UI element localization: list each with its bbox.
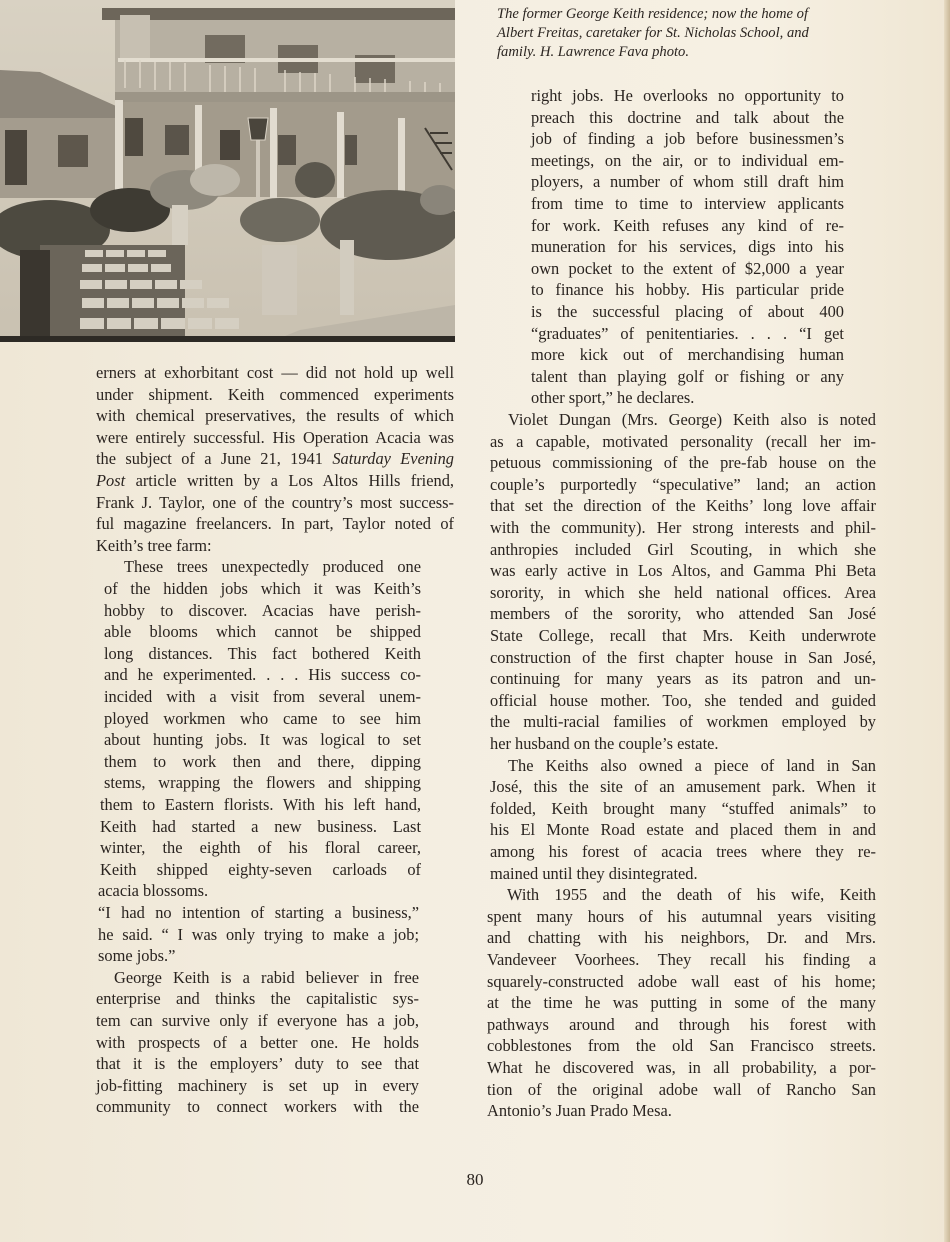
text-line: more kick out of merchandising human (531, 344, 844, 366)
text-line: pathways around and through his forest w… (487, 1014, 876, 1036)
text-line: What he discovered was, in all probabili… (487, 1057, 876, 1079)
text-line: Frank J. Taylor, one of the country’s mo… (96, 492, 454, 514)
text-line: tion of the original adobe wall of Ranch… (487, 1079, 876, 1101)
text-line: long distances. This fact bothered Keith (104, 643, 421, 665)
text-line: “graduates” of penitentiaries. . . . “I … (531, 323, 844, 345)
text-line: construction of the first chapter house … (490, 647, 876, 669)
text-line: that it is the employers’ duty to see th… (96, 1053, 419, 1075)
text-line: with prospects of a better one. He holds (96, 1032, 419, 1054)
text-line: to finance his hobby. His particular pri… (531, 279, 844, 301)
text-line: muneration for his services, digs into h… (531, 236, 844, 258)
text-line: job-fitting machinery is set up in every (96, 1075, 419, 1097)
text-line: about hunting jobs. It was logical to se… (104, 729, 421, 751)
text-line: winter, the eighth of his floral career, (100, 837, 421, 859)
text-line: The Keiths also owned a piece of land in… (508, 755, 876, 777)
text-line: with chemical preservatives, the results… (96, 405, 454, 427)
text-line: other sport,” he declares. (531, 387, 844, 409)
text-run: the subject of a June 21, 1941 (96, 449, 332, 468)
text-line: them to Eastern florists. With his left … (100, 794, 421, 816)
caption-line: family. H. Lawrence Fava photo. (497, 43, 887, 62)
text-line: under shipment. Keith commenced experime… (96, 384, 454, 406)
text-line: anthropies included Girl Scouting, in wh… (490, 539, 876, 561)
text-line: the subject of a June 21, 1941 Saturday … (96, 448, 454, 470)
italic-title: Saturday Evening (332, 449, 454, 468)
house-photo (0, 0, 455, 342)
text-line: job of finding a job before businessmen’… (531, 128, 844, 150)
text-line: ployers, a number of whom still draft hi… (531, 171, 844, 193)
text-line: as a capable, motivated personality (rec… (490, 431, 876, 453)
text-line: With 1955 and the death of his wife, Kei… (507, 884, 876, 906)
text-line: These trees unexpectedly produced one (124, 556, 421, 578)
text-line: and he experimented. . . . His success c… (104, 664, 421, 686)
text-line: is the successful placing of about 400 (531, 301, 844, 323)
text-line: George Keith is a rabid believer in free (114, 967, 419, 989)
text-line: mained until they disintegrated. (490, 863, 876, 885)
text-line: that set the direction of the Keiths’ lo… (490, 495, 876, 517)
text-line: spent many hours of his autumnal years v… (487, 906, 876, 928)
text-line: right jobs. He overlooks no opportunity … (531, 85, 844, 107)
text-line: couple’s purportedly “speculative” land;… (490, 474, 876, 496)
text-line: hobby to discover. Acacias have perish- (104, 600, 421, 622)
text-line: were entirely successful. His Operation … (96, 427, 454, 449)
text-line: he said. “ I was only trying to make a j… (98, 924, 419, 946)
text-line: talent than playing golf or fishing or a… (531, 366, 844, 388)
text-line: cobblestones from the old San Francisco … (487, 1035, 876, 1057)
text-line: official house mother. Too, she tended a… (490, 690, 876, 712)
text-line: the multi-racial families of workmen emp… (490, 711, 876, 733)
text-line: folded, Keith brought many “stuffed anim… (490, 798, 876, 820)
text-line: ployed workmen who came to see him (104, 708, 421, 730)
text-line: Keith had started a new business. Last (100, 816, 421, 838)
text-line: Vandeveer Voorhees. They recall his find… (487, 949, 876, 971)
text-line: his El Monte Road estate and placed them… (490, 819, 876, 841)
photo-illustration (0, 0, 455, 342)
text-run: article written by a Los Altos Hills fri… (125, 471, 454, 490)
text-line: was early active in Los Altos, and Gamma… (490, 560, 876, 582)
text-line: José, this the site of an amusement park… (490, 776, 876, 798)
text-line: preach this doctrine and talk about the (531, 107, 844, 129)
book-spine-edge (944, 0, 950, 1242)
text-line: among his forest of acacia trees where t… (490, 841, 876, 863)
text-line: “I had no intention of starting a busine… (98, 902, 419, 924)
text-line: from time to time to interview applicant… (531, 193, 844, 215)
text-line: ful magazine freelancers. In part, Taylo… (96, 513, 454, 535)
text-line: stems, wrapping the flowers and shipping (104, 772, 421, 794)
text-line: some jobs.” (98, 945, 419, 967)
text-line: with the community). Her strong interest… (490, 517, 876, 539)
text-line: sorority, in which she held national off… (490, 582, 876, 604)
text-line: Post article written by a Los Altos Hill… (96, 470, 454, 492)
text-line: community to connect workers with the (96, 1096, 419, 1118)
text-line: enterprise and thinks the capitalistic s… (96, 988, 419, 1010)
text-line: of the hidden jobs which it was Keith’s (104, 578, 421, 600)
text-line: incided with a visit from several unem- (104, 686, 421, 708)
text-line: Keith shipped eighty-seven carloads of (100, 859, 421, 881)
text-line: squarely-constructed adobe wall east of … (487, 971, 876, 993)
text-line: at the time he was putting in some of th… (487, 992, 876, 1014)
page-number: 80 (460, 1170, 490, 1190)
photo-caption: The former George Keith residence; now t… (497, 5, 887, 62)
text-line: petuous commissioning of the pre-fab hou… (490, 452, 876, 474)
caption-line: Albert Freitas, caretaker for St. Nichol… (497, 24, 887, 43)
text-line: State College, recall that Mrs. Keith un… (490, 625, 876, 647)
text-line: her husband on the couple’s estate. (490, 733, 876, 755)
text-line: Antonio’s Juan Prado Mesa. (487, 1100, 876, 1122)
text-line: own pocket to the extent of $2,000 a yea… (531, 258, 844, 280)
text-line: for work. Keith refuses any kind of re- (531, 215, 844, 237)
text-line: them to work then and there, dipping (104, 751, 421, 773)
text-line: erners at exhorbitant cost — did not hol… (96, 362, 454, 384)
text-line: and chatting with his neighbors, Dr. and… (487, 927, 876, 949)
text-line: members of the sorority, who attended Sa… (490, 603, 876, 625)
text-line: tem can survive only if everyone has a j… (96, 1010, 419, 1032)
text-line: Keith’s tree farm: (96, 535, 454, 557)
text-line: Violet Dungan (Mrs. George) Keith also i… (508, 409, 876, 431)
text-line: acacia blossoms. (98, 880, 419, 902)
italic-title: Post (96, 471, 125, 490)
text-line: meetings, on the air, or to individual e… (531, 150, 844, 172)
text-line: continuing for many years as its patron … (490, 668, 876, 690)
caption-line: The former George Keith residence; now t… (497, 5, 887, 24)
text-line: able blooms which cannot be shipped (104, 621, 421, 643)
